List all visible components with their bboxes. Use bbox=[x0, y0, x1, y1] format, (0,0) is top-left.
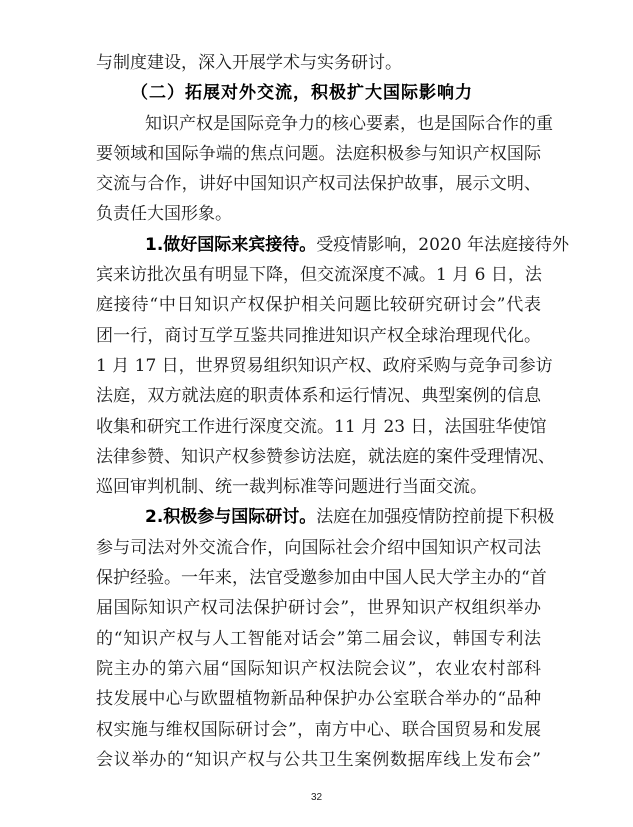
section-heading: （二）拓展对外交流，积极扩大国际影响力 bbox=[96, 78, 541, 108]
paragraph-line: 负责任大国形象。 bbox=[96, 199, 541, 229]
paragraph-line: 庭接待“中日知识产权保护相关问题比较研究研讨会”代表 bbox=[96, 290, 541, 320]
paragraph-line: 巡回审判机制、统一裁判标准等问题进行当面交流。 bbox=[96, 472, 541, 502]
page-number: 32 bbox=[0, 792, 633, 803]
paragraph-line: 收集和研究工作进行深度交流。11 月 23 日，法国驻华使馆 bbox=[96, 412, 541, 442]
paragraph-text: 受疫情影响，2020 年法庭接待外 bbox=[316, 235, 569, 255]
paragraph-first-line: 知识产权是国际竞争力的核心要素，也是国际合作的重 bbox=[96, 109, 541, 139]
paragraph-line: 宾来访批次虽有明显下降，但交流深度不减。1 月 6 日，法 bbox=[96, 260, 541, 290]
paragraph-line: 院主办的第六届“国际知识产权法院会议”，农业农村部科 bbox=[96, 654, 541, 684]
paragraph-line: 法律参赞、知识产权参赞参访法庭，就法庭的案件受理情况、 bbox=[96, 442, 541, 472]
subheading-lead: 2.积极参与国际研讨。 bbox=[145, 507, 316, 527]
paragraph-line: 权实施与维权国际研讨会”，南方中心、联合国贸易和发展 bbox=[96, 715, 541, 745]
paragraph-first-line: 1.做好国际来宾接待。受疫情影响，2020 年法庭接待外 bbox=[96, 230, 541, 260]
document-page: 与制度建设，深入开展学术与实务研讨。 （二）拓展对外交流，积极扩大国际影响力 知… bbox=[0, 0, 633, 827]
paragraph-line: 技发展中心与欧盟植物新品种保护办公室联合举办的“品种 bbox=[96, 684, 541, 714]
paragraph-text: 法庭在加强疫情防控前提下积极 bbox=[316, 507, 554, 527]
paragraph-line: 1 月 17 日，世界贸易组织知识产权、政府采购与竞争司参访 bbox=[96, 351, 541, 381]
paragraph-first-line: 2.积极参与国际研讨。法庭在加强疫情防控前提下积极 bbox=[96, 502, 541, 532]
paragraph-continuation-line: 与制度建设，深入开展学术与实务研讨。 bbox=[96, 48, 541, 78]
paragraph-line: 法庭，双方就法庭的职责体系和运行情况、典型案例的信息 bbox=[96, 381, 541, 411]
paragraph-line: 届国际知识产权司法保护研讨会”，世界知识产权组织举办 bbox=[96, 593, 541, 623]
paragraph-line: 的“知识产权与人工智能对话会”第二届会议，韩国专利法 bbox=[96, 624, 541, 654]
subheading-lead: 1.做好国际来宾接待。 bbox=[145, 235, 316, 255]
paragraph-line: 参与司法对外交流合作，向国际社会介绍中国知识产权司法 bbox=[96, 533, 541, 563]
paragraph-line: 要领域和国际争端的焦点问题。法庭积极参与知识产权国际 bbox=[96, 139, 541, 169]
page-body: 与制度建设，深入开展学术与实务研讨。 （二）拓展对外交流，积极扩大国际影响力 知… bbox=[96, 48, 541, 775]
paragraph-line: 团一行，商讨互学互鉴共同推进知识产权全球治理现代化。 bbox=[96, 321, 541, 351]
paragraph-line: 保护经验。一年来，法官受邀参加由中国人民大学主办的“首 bbox=[96, 563, 541, 593]
paragraph-line: 会议举办的“知识产权与公共卫生案例数据库线上发布会” bbox=[96, 745, 541, 775]
paragraph-line: 交流与合作，讲好中国知识产权司法保护故事，展示文明、 bbox=[96, 169, 541, 199]
